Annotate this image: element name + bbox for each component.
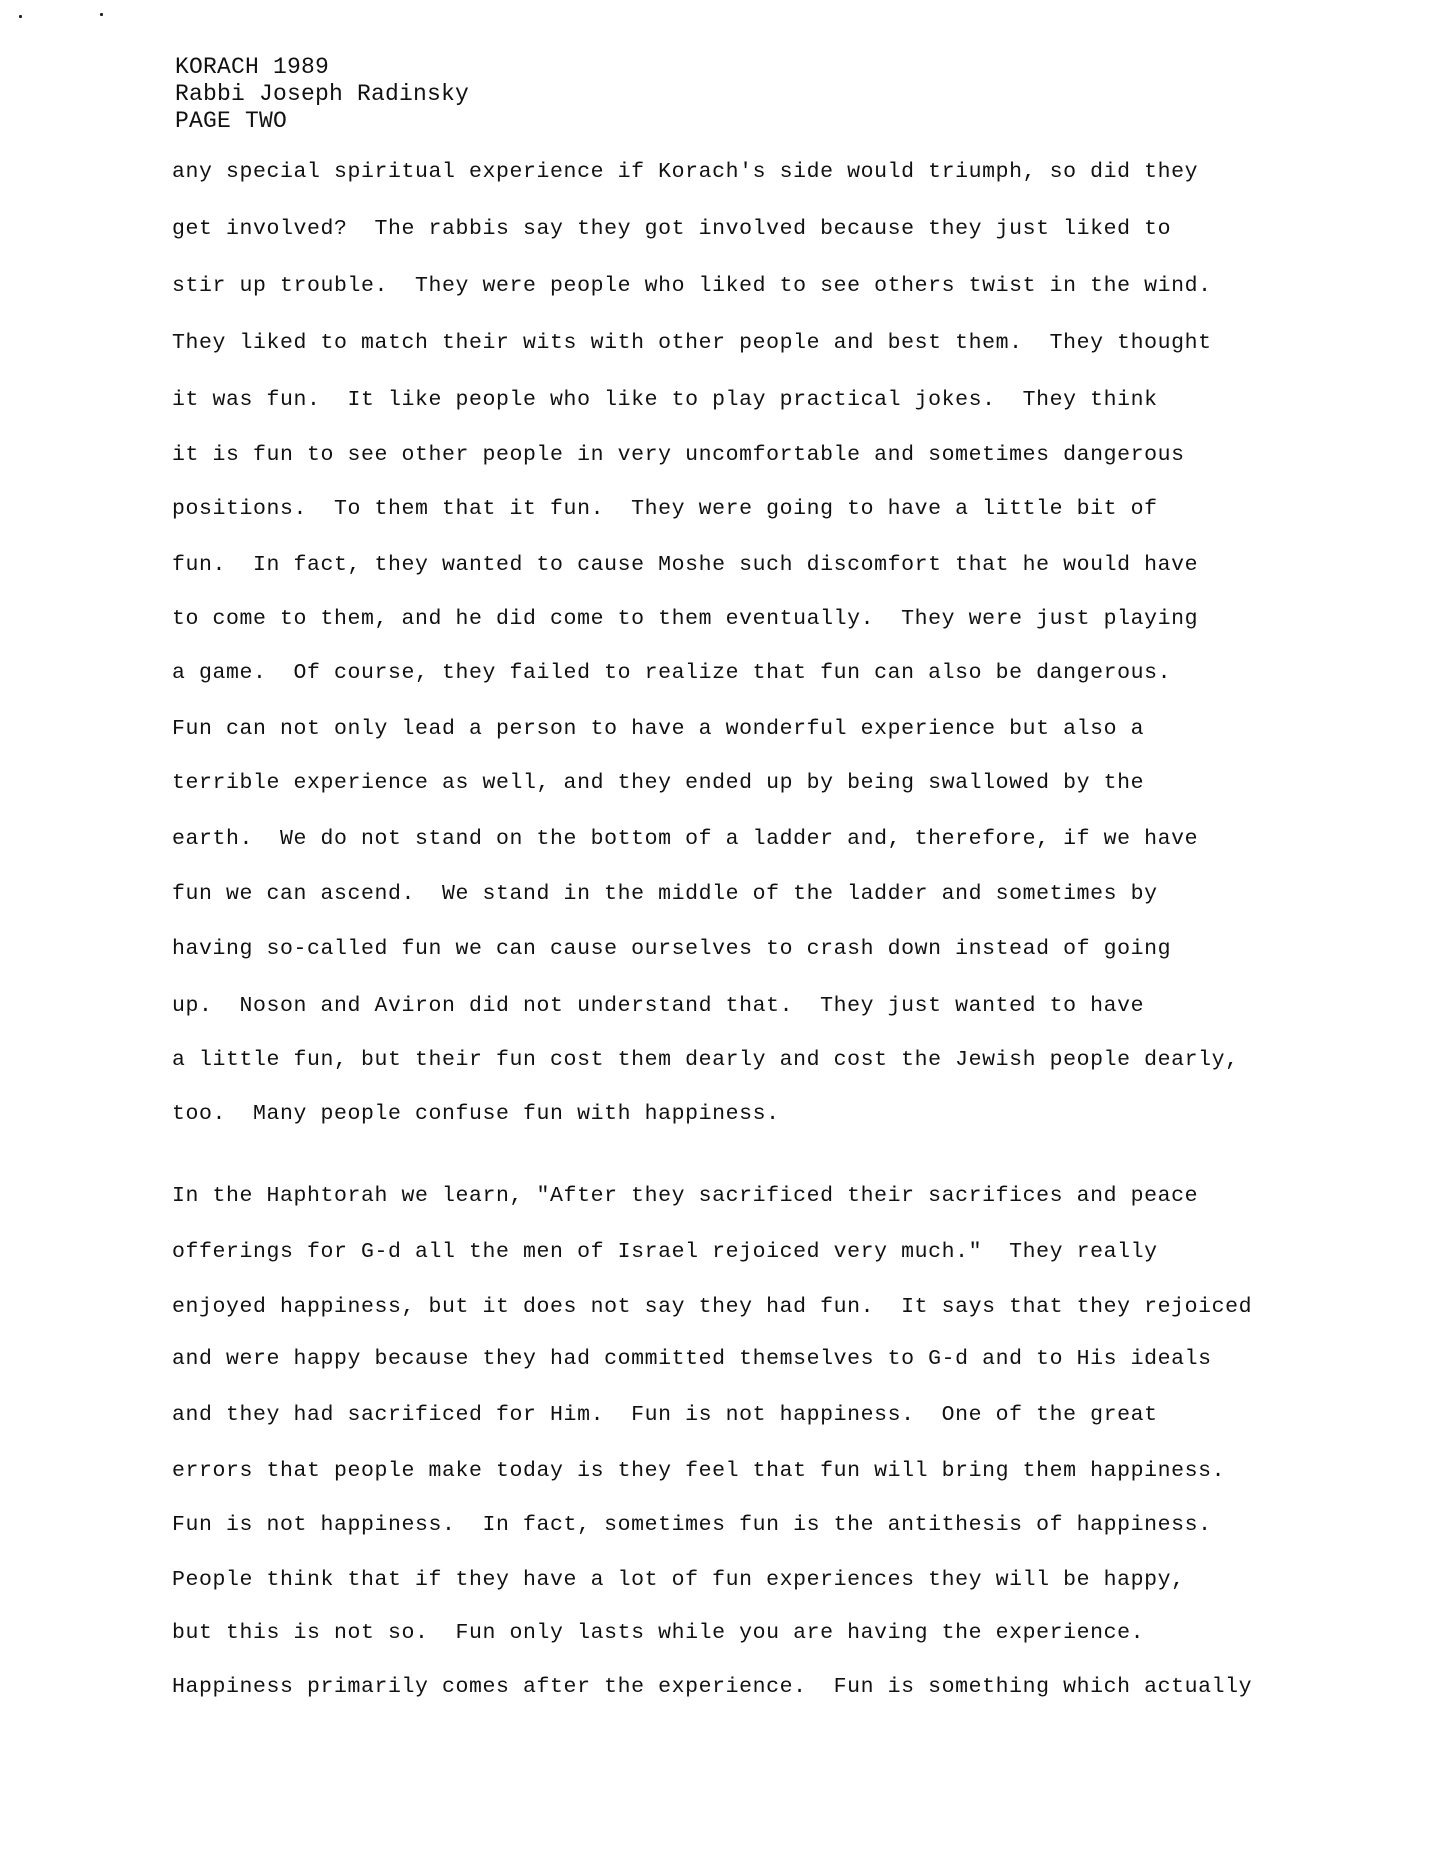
- text-line: Fun can not only lead a person to have a…: [172, 717, 1144, 741]
- text-line: People think that if they have a lot of …: [172, 1568, 1185, 1592]
- text-line: too. Many people confuse fun with happin…: [172, 1102, 780, 1126]
- text-line: it was fun. It like people who like to p…: [172, 388, 1158, 412]
- text-line: terrible experience as well, and they en…: [172, 771, 1144, 795]
- document-header: KORACH 1989 Rabbi Joseph Radinsky PAGE T…: [175, 54, 469, 135]
- text-line: offerings for G-d all the men of Israel …: [172, 1240, 1158, 1264]
- text-line: fun. In fact, they wanted to cause Moshe…: [172, 553, 1198, 577]
- text-line: Happiness primarily comes after the expe…: [172, 1675, 1252, 1699]
- text-line: it is fun to see other people in very un…: [172, 443, 1185, 467]
- text-line: earth. We do not stand on the bottom of …: [172, 827, 1198, 851]
- text-line: and were happy because they had committe…: [172, 1347, 1212, 1371]
- paragraph-2: In the Haphtorah we learn, "After they s…: [172, 0, 199, 264]
- text-line: a little fun, but their fun cost them de…: [172, 1048, 1239, 1072]
- text-line: a game. Of course, they failed to realiz…: [172, 661, 1171, 685]
- text-line: up. Noson and Aviron did not understand …: [172, 994, 1144, 1018]
- text-line: any special spiritual experience if Kora…: [172, 160, 1198, 184]
- document-title: KORACH 1989: [175, 54, 469, 81]
- scan-speck: [100, 13, 103, 16]
- text-line: enjoyed happiness, but it does not say t…: [172, 1295, 1252, 1319]
- text-line: Fun is not happiness. In fact, sometimes…: [172, 1513, 1212, 1537]
- text-line: errors that people make today is they fe…: [172, 1459, 1225, 1483]
- text-line: positions. To them that it fun. They wer…: [172, 497, 1158, 521]
- page-label: PAGE TWO: [175, 108, 469, 135]
- scan-speck: [19, 15, 22, 18]
- text-line: fun we can ascend. We stand in the middl…: [172, 882, 1158, 906]
- text-line: but this is not so. Fun only lasts while…: [172, 1621, 1144, 1645]
- text-line: to come to them, and he did come to them…: [172, 607, 1198, 631]
- text-line: having so-called fun we can cause oursel…: [172, 937, 1171, 961]
- text-line: and they had sacrificed for Him. Fun is …: [172, 1403, 1158, 1427]
- text-line: They liked to match their wits with othe…: [172, 331, 1212, 355]
- text-line: get involved? The rabbis say they got in…: [172, 217, 1171, 241]
- document-author: Rabbi Joseph Radinsky: [175, 81, 469, 108]
- text-line: stir up trouble. They were people who li…: [172, 274, 1212, 298]
- text-line: In the Haphtorah we learn, "After they s…: [172, 1184, 1198, 1208]
